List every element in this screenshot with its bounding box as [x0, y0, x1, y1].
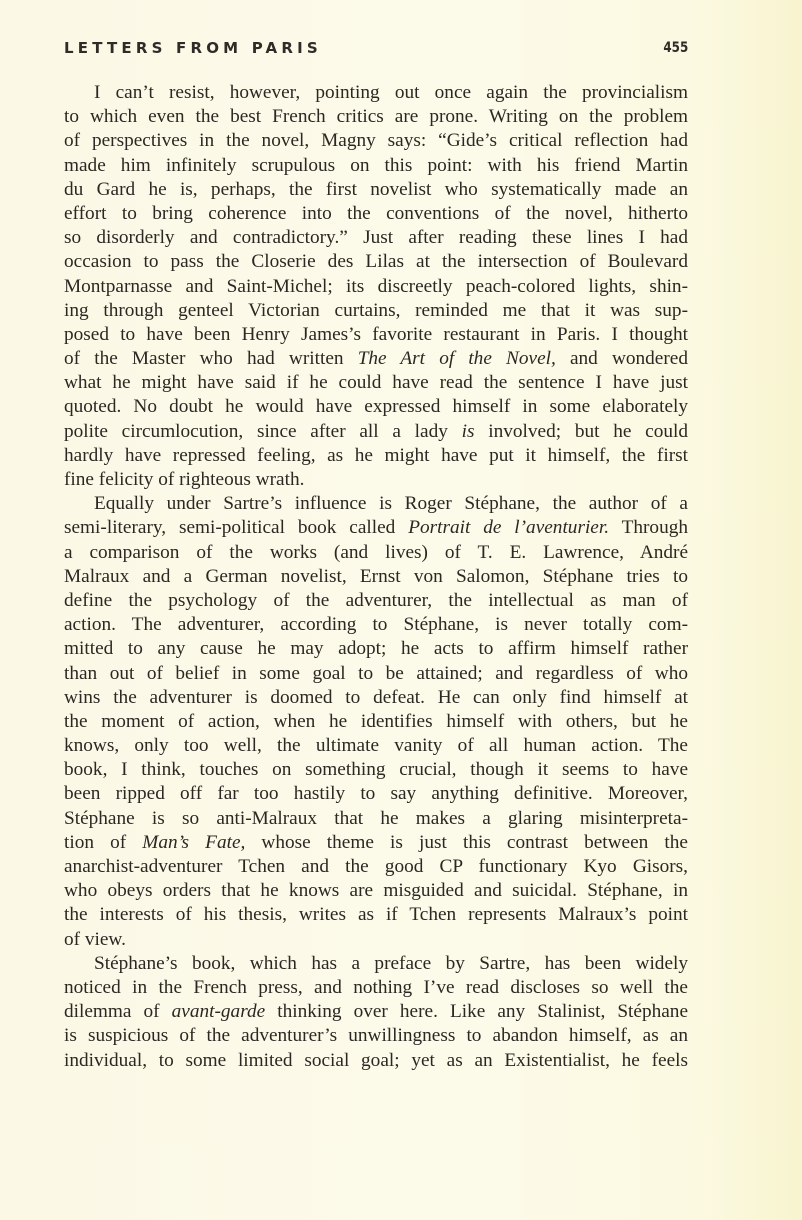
text-line: dilemma of avant-garde thinking over her… — [64, 1000, 688, 1024]
text-line: so disorderly and contradictory.” Just a… — [64, 226, 688, 250]
text-run: Stéphane’s book, which has a preface by … — [94, 953, 688, 974]
text-run: to which even the best French critics ar… — [64, 106, 688, 127]
text-line: the moment of action, when he identifies… — [64, 710, 688, 734]
text-run: define the psychology of the adventurer,… — [64, 590, 688, 611]
text-run: the moment of action, when he identifies… — [64, 711, 688, 732]
text-line: of view. — [64, 928, 688, 952]
text-line: made him infinitely scrupulous on this p… — [64, 154, 688, 178]
text-run: hardly have repressed feeling, as he mig… — [64, 445, 688, 466]
text-run: made him infinitely scrupulous on this p… — [64, 155, 688, 176]
text-run: than out of belief in some goal to be at… — [64, 663, 688, 684]
text-run: and wondered — [556, 348, 688, 369]
text-line: mitted to any cause he may adopt; he act… — [64, 637, 688, 661]
text-line: knows, only too well, the ultimate vanit… — [64, 734, 688, 758]
text-run: the interests of his thesis, writes as i… — [64, 904, 688, 925]
text-line: Malraux and a German novelist, Ernst von… — [64, 565, 688, 589]
text-run: quoted. No doubt he would have expressed… — [64, 396, 688, 417]
text-line: anarchist-adventurer Tchen and the good … — [64, 855, 688, 879]
text-run: mitted to any cause he may adopt; he act… — [64, 638, 688, 659]
text-line: of perspectives in the novel, Magny says… — [64, 129, 688, 153]
text-run: wins the adventurer is doomed to defeat.… — [64, 687, 688, 708]
text-run: of the Master who had written — [64, 348, 358, 369]
text-run: noticed in the French press, and nothing… — [64, 977, 688, 998]
text-run: book, I think, touches on something cruc… — [64, 759, 688, 780]
text-line: action. The adventurer, according to Sté… — [64, 613, 688, 637]
text-run: du Gard he is, perhaps, the first noveli… — [64, 179, 688, 200]
italic-title: The Art of the Novel, — [358, 348, 556, 369]
text-line: than out of belief in some goal to be at… — [64, 662, 688, 686]
text-line: a comparison of the works (and lives) of… — [64, 541, 688, 565]
italic-title: avant-garde — [172, 1001, 266, 1022]
italic-title: is — [462, 421, 475, 442]
text-run: individual, to some limited social goal;… — [64, 1050, 688, 1071]
text-line: quoted. No doubt he would have expressed… — [64, 395, 688, 419]
paragraph: I can’t resist, however, pointing out on… — [64, 81, 688, 492]
text-line: fine felicity of righteous wrath. — [64, 468, 688, 492]
text-run: Stéphane is so anti-Malraux that he make… — [64, 808, 688, 829]
text-line: noticed in the French press, and nothing… — [64, 976, 688, 1000]
text-line: posed to have been Henry James’s favorit… — [64, 323, 688, 347]
text-run: posed to have been Henry James’s favorit… — [64, 324, 688, 345]
text-line: of the Master who had written The Art of… — [64, 347, 688, 371]
running-head-title: LETTERS FROM PARIS — [64, 39, 322, 57]
text-line: to which even the best French critics ar… — [64, 105, 688, 129]
text-line: semi-literary, semi-political book calle… — [64, 516, 688, 540]
text-line: what he might have said if he could have… — [64, 371, 688, 395]
text-run: Malraux and a German novelist, Ernst von… — [64, 566, 688, 587]
text-run: Through — [609, 517, 688, 538]
text-run: a comparison of the works (and lives) of… — [64, 542, 688, 563]
text-line: define the psychology of the adventurer,… — [64, 589, 688, 613]
text-line: book, I think, touches on something cruc… — [64, 758, 688, 782]
text-line: tion of Man’s Fate, whose theme is just … — [64, 831, 688, 855]
text-line: the interests of his thesis, writes as i… — [64, 903, 688, 927]
text-run: of view. — [64, 929, 126, 950]
text-run: whose theme is just this contrast betwee… — [245, 832, 688, 853]
text-line: wins the adventurer is doomed to defeat.… — [64, 686, 688, 710]
text-line: is suspicious of the adventurer’s unwill… — [64, 1024, 688, 1048]
text-run: polite circumlocution, since after all a… — [64, 421, 462, 442]
text-line: Stéphane’s book, which has a preface by … — [64, 952, 688, 976]
text-run: so disorderly and contradictory.” Just a… — [64, 227, 688, 248]
paragraph: Stéphane’s book, which has a preface by … — [64, 952, 688, 1073]
text-line: Stéphane is so anti-Malraux that he make… — [64, 807, 688, 831]
text-line: individual, to some limited social goal;… — [64, 1049, 688, 1073]
text-run: who obeys orders that he knows are misgu… — [64, 880, 688, 901]
page-number: 455 — [663, 40, 688, 56]
text-line: who obeys orders that he knows are misgu… — [64, 879, 688, 903]
text-run: knows, only too well, the ultimate vanit… — [64, 735, 688, 756]
text-line: polite circumlocution, since after all a… — [64, 420, 688, 444]
text-run: is suspicious of the adventurer’s unwill… — [64, 1025, 688, 1046]
text-run: of perspectives in the novel, Magny says… — [64, 130, 688, 151]
text-run: anarchist-adventurer Tchen and the good … — [64, 856, 688, 877]
text-run: I can’t resist, however, pointing out on… — [94, 82, 688, 103]
text-run: Equally under Sartre’s influence is Roge… — [94, 493, 688, 514]
text-line: du Gard he is, perhaps, the first noveli… — [64, 178, 688, 202]
body-text: I can’t resist, however, pointing out on… — [64, 81, 688, 1073]
text-run: Montparnasse and Saint-Michel; its discr… — [64, 276, 688, 297]
text-run: what he might have said if he could have… — [64, 372, 688, 393]
text-run: been ripped off far too hastily to say a… — [64, 783, 688, 804]
italic-title: Man’s Fate, — [142, 832, 245, 853]
text-run: occasion to pass the Closerie des Lilas … — [64, 251, 688, 272]
text-run: involved; but he could — [475, 421, 689, 442]
text-line: effort to bring coherence into the conve… — [64, 202, 688, 226]
text-line: I can’t resist, however, pointing out on… — [64, 81, 688, 105]
text-run: tion of — [64, 832, 142, 853]
text-line: occasion to pass the Closerie des Lilas … — [64, 250, 688, 274]
running-head: LETTERS FROM PARIS 455 — [64, 36, 688, 60]
italic-title: Portrait de l’aventurier. — [408, 517, 609, 538]
text-line: Montparnasse and Saint-Michel; its discr… — [64, 275, 688, 299]
text-run: thinking over here. Like any Stalinist, … — [265, 1001, 688, 1022]
text-run: action. The adventurer, according to Sté… — [64, 614, 688, 635]
text-run: fine felicity of righteous wrath. — [64, 469, 304, 490]
text-line: Equally under Sartre’s influence is Roge… — [64, 492, 688, 516]
text-line: hardly have repressed feeling, as he mig… — [64, 444, 688, 468]
text-run: dilemma of — [64, 1001, 172, 1022]
paragraph: Equally under Sartre’s influence is Roge… — [64, 492, 688, 952]
text-line: been ripped off far too hastily to say a… — [64, 782, 688, 806]
text-run: effort to bring coherence into the conve… — [64, 203, 688, 224]
text-run: semi-literary, semi-political book calle… — [64, 517, 408, 538]
text-line: ing through genteel Victorian curtains, … — [64, 299, 688, 323]
text-run: ing through genteel Victorian curtains, … — [64, 300, 688, 321]
